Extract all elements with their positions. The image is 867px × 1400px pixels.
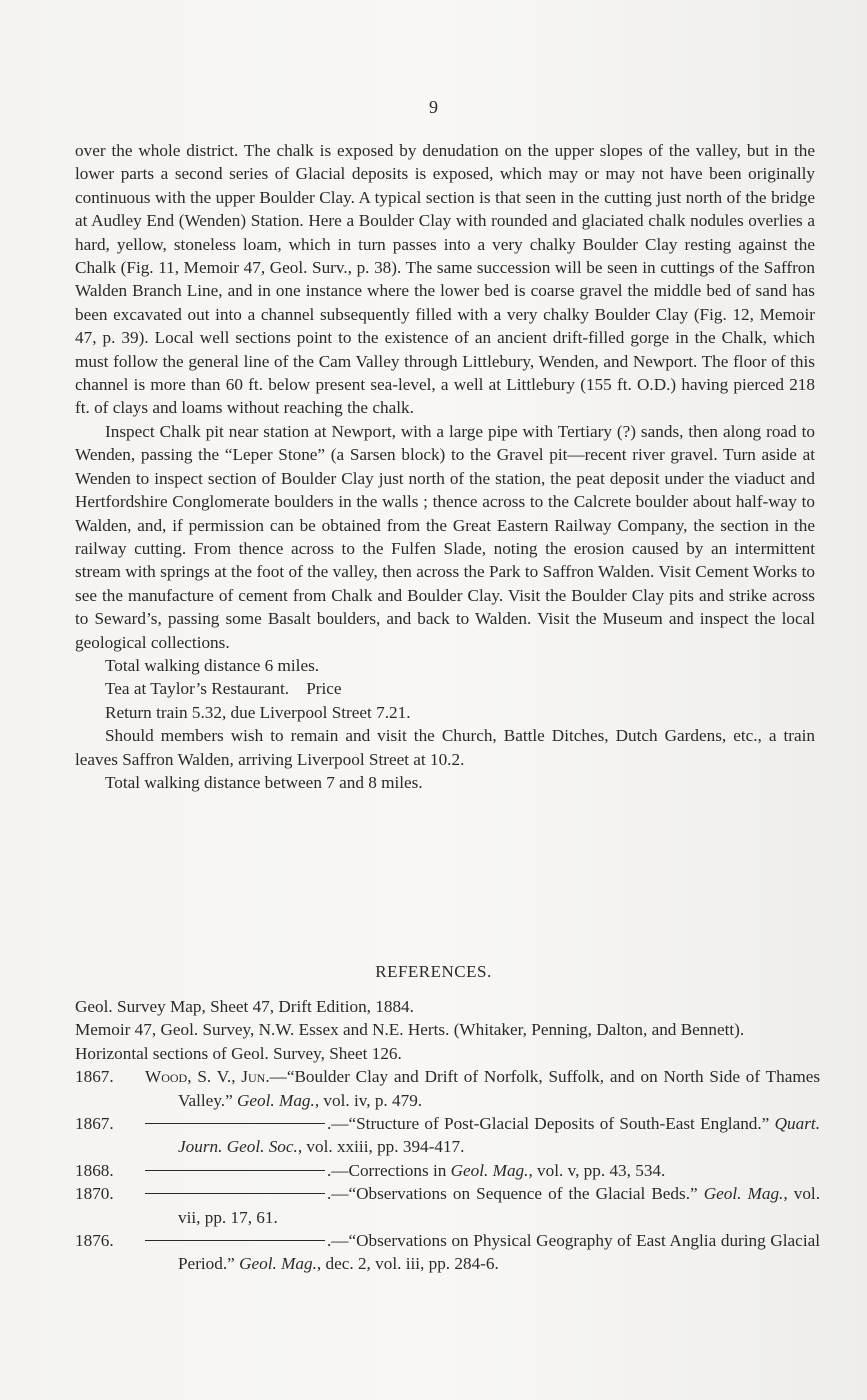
- reference-details: , vol. xxiii, pp. 394-417.: [298, 1137, 465, 1156]
- paragraph-optional-visit: Should members wish to remain and visit …: [75, 724, 815, 771]
- ditto-rule: [145, 1240, 325, 1241]
- body-text: over the whole district. The chalk is ex…: [75, 139, 815, 794]
- reference-item-dated: 1867..—“Structure of Post-Glacial Deposi…: [75, 1112, 820, 1159]
- paragraph-district: over the whole district. The chalk is ex…: [75, 139, 815, 420]
- reference-year: 1870.: [75, 1182, 145, 1205]
- reference-item-dated: 1870..—“Observations on Sequence of the …: [75, 1182, 820, 1229]
- total-walking-distance-line: Total walking distance between 7 and 8 m…: [75, 771, 815, 794]
- tea-line: Tea at Taylor’s Restaurant. Price: [75, 677, 815, 700]
- reference-item: Memoir 47, Geol. Survey, N.W. Essex and …: [75, 1018, 820, 1041]
- reference-journal: Geol. Mag.: [237, 1091, 315, 1110]
- document-page: 9 over the whole district. The chalk is …: [0, 0, 867, 1400]
- reference-year: 1867.: [75, 1112, 145, 1135]
- references-heading: REFERENCES.: [0, 962, 867, 982]
- walking-distance-line: Total walking distance 6 miles.: [75, 654, 815, 677]
- reference-item-dated: 1876..—“Observations on Physical Geograp…: [75, 1229, 820, 1276]
- reference-author: Wood, S. V., Jun.: [145, 1067, 270, 1086]
- reference-title: .—“Structure of Post-Glacial Deposits of…: [327, 1114, 769, 1133]
- references-list: Geol. Survey Map, Sheet 47, Drift Editio…: [75, 995, 820, 1276]
- return-train-line: Return train 5.32, due Liverpool Street …: [75, 701, 815, 724]
- reference-journal: Geol. Mag.: [451, 1161, 529, 1180]
- reference-item: Horizontal sections of Geol. Survey, She…: [75, 1042, 820, 1065]
- ditto-rule: [145, 1170, 325, 1171]
- reference-title: .—Corrections in: [327, 1161, 451, 1180]
- reference-year: 1868.: [75, 1159, 145, 1182]
- reference-year: 1867.: [75, 1065, 145, 1088]
- page-number: 9: [0, 97, 867, 118]
- reference-details: , vol. iv, p. 479.: [315, 1091, 422, 1110]
- reference-journal: Geol. Mag.: [704, 1184, 784, 1203]
- reference-details: , vol. v, pp. 43, 534.: [528, 1161, 665, 1180]
- reference-year: 1876.: [75, 1229, 145, 1252]
- reference-item: Geol. Survey Map, Sheet 47, Drift Editio…: [75, 995, 820, 1018]
- reference-title: .—“Observations on Sequence of the Glaci…: [327, 1184, 698, 1203]
- paragraph-itinerary: Inspect Chalk pit near station at Newpor…: [75, 420, 815, 654]
- reference-item-dated: 1867.Wood, S. V., Jun.—“Boulder Clay and…: [75, 1065, 820, 1112]
- reference-item-dated: 1868..—Corrections in Geol. Mag., vol. v…: [75, 1159, 820, 1182]
- ditto-rule: [145, 1123, 325, 1124]
- ditto-rule: [145, 1193, 325, 1194]
- reference-journal: Geol. Mag.: [239, 1254, 317, 1273]
- reference-details: , dec. 2, vol. iii, pp. 284-6.: [317, 1254, 499, 1273]
